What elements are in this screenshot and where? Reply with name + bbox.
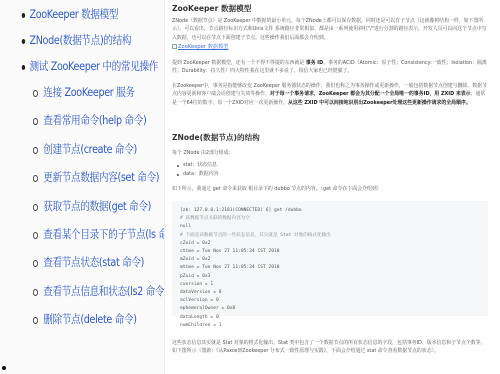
bold-text: 从这些 ZXID 中可以间接地识别出Zookeeper处理这些更新操作请求的全局… bbox=[288, 100, 471, 106]
list-item: data：数据内容 bbox=[172, 170, 472, 179]
bold-text: 事务 ID bbox=[306, 60, 323, 66]
toc-item-common-operations[interactable]: 测试 ZooKeeper 中的常见操作 bbox=[20, 52, 149, 78]
section-title-data-model: ZooKeeper 数据模型 bbox=[172, 3, 251, 14]
toc-link[interactable]: ZNode(数据节点)的结构 bbox=[29, 34, 131, 47]
toc-item-connect[interactable]: 连接 ZooKeeper 服务 bbox=[20, 78, 149, 106]
toc-item-ls[interactable]: 查看某个目录下的子节点(ls 命令) bbox=[20, 220, 149, 248]
code-line: mZxid = 0x2 bbox=[180, 256, 488, 264]
toc-item-set[interactable]: 更新节点数据内容(set 命令) bbox=[20, 163, 149, 191]
toc-link[interactable]: ZooKeeper 数据模型 bbox=[29, 8, 118, 21]
code-line: dataVersion = 0 bbox=[180, 289, 488, 297]
toc-item-help[interactable]: 查看常用命令(help 命令) bbox=[20, 106, 149, 134]
toc-link[interactable]: 查看常用命令(help 命令) bbox=[43, 114, 146, 127]
code-line: ephemeralOwner = 0x0 bbox=[180, 305, 488, 313]
paragraph-stat-explanation: 这些状态信息其实就是 Stat 对象的格式化输出。Stat 类中包含了一个数据节… bbox=[172, 339, 490, 356]
table-of-contents: ZooKeeper 数据模型 ZNode(数据节点)的结构 测试 ZooKeep… bbox=[0, 0, 165, 374]
toc-link[interactable]: 查看节点状态(stat 命令) bbox=[43, 256, 144, 269]
toc-list: ZooKeeper 数据模型 ZNode(数据节点)的结构 测试 ZooKeep… bbox=[20, 0, 165, 334]
code-line: null bbox=[180, 223, 488, 231]
toc-item-data-model[interactable]: ZooKeeper 数据模型 bbox=[20, 0, 149, 26]
page: ZooKeeper 数据模型 ZNode(数据节点)的结构 测试 ZooKeep… bbox=[0, 0, 500, 374]
code-line: cZxid = 0x2 bbox=[180, 240, 488, 248]
toc-item-delete[interactable]: 删除节点(delete 命令) bbox=[20, 305, 149, 333]
paragraph-get-example: 如下所示，我通过 get 命令来获取 根目录下的 dubbo 节点的内容。（ge… bbox=[172, 185, 490, 193]
section-title-znode-structure: ZNode(数据节点)的结构 bbox=[172, 132, 260, 143]
image-link-data-model[interactable]: ZooKeeper 数据模型 bbox=[172, 43, 228, 50]
code-comment: # 该数据节点关联的数据内容为空 bbox=[180, 215, 488, 223]
toc-item-get[interactable]: 获取节点的数据(get 命令) bbox=[20, 192, 149, 220]
znode-parts-list: stat：状态信息 data：数据内容 bbox=[172, 161, 472, 179]
toc-link[interactable]: 查看节点信息和状态(ls2 命令) bbox=[43, 285, 165, 298]
toc-link[interactable]: 更新节点数据内容(set 命令) bbox=[43, 171, 159, 184]
toc-item-create[interactable]: 创建节点(create 命令) bbox=[20, 135, 149, 163]
text: 提到 ZooKeeper 数据模型，还有一个不得不得提的东西就是 bbox=[172, 60, 306, 66]
toc-link[interactable]: 查看某个目录下的子节点(ls 命令) bbox=[43, 228, 165, 241]
code-line: [zk: 127.0.0.1:2181(CONNECTED) 6] get /d… bbox=[180, 207, 488, 215]
code-line: cversion = 1 bbox=[180, 281, 488, 289]
toc-link[interactable]: 连接 ZooKeeper 服务 bbox=[43, 86, 134, 99]
paragraph-zxid: 在Zookeeper中，事务是指能够改变 ZooKeeper 服务器状态的操作，… bbox=[172, 82, 490, 107]
code-line: numChildren = 1 bbox=[180, 322, 488, 330]
code-line: pZxid = 0x3 bbox=[180, 273, 488, 281]
article-content: ZooKeeper 数据模型 ZNode（数据节点）是 ZooKeeper 中数… bbox=[172, 0, 494, 374]
toc-item-znode-structure[interactable]: ZNode(数据节点)的结构 bbox=[20, 26, 149, 52]
code-line: aclVersion = 0 bbox=[180, 297, 488, 305]
paragraph-znode-intro: ZNode（数据节点）是 ZooKeeper 中数据的最小单元，每个ZNode上… bbox=[172, 17, 490, 42]
toc-link[interactable]: 测试 ZooKeeper 中的常见操作 bbox=[29, 60, 158, 73]
bullet-icon bbox=[2, 366, 6, 370]
list-item: stat：状态信息 bbox=[172, 161, 472, 170]
bold-text: 对于每一个事务请求，ZooKeeper 都会为其分配一个全局唯一的事务ID，用 … bbox=[270, 91, 471, 97]
broken-image-icon bbox=[172, 44, 177, 49]
paragraph-znode-parts: 每个 ZNode 由2部分组成: bbox=[172, 149, 490, 157]
code-comment: # 下面是该数据节点的一些状态信息，其实就是 Stat 对象的格式化输出 bbox=[180, 232, 488, 240]
image-alt-text: ZooKeeper 数据模型 bbox=[178, 44, 228, 50]
toc-link[interactable]: 获取节点的数据(get 命令) bbox=[43, 200, 151, 213]
paragraph-transaction-id: 提到 ZooKeeper 数据模型，还有一个不得不得提的东西就是 事务 ID。事… bbox=[172, 59, 490, 76]
toc-link[interactable]: 创建节点(create 命令) bbox=[43, 143, 137, 156]
toc-item-ls2[interactable]: 查看节点信息和状态(ls2 命令) bbox=[20, 277, 149, 305]
code-line: mtime = Tue Nov 27 11:05:34 CST 2018 bbox=[180, 264, 488, 272]
toc-link[interactable]: 删除节点(delete 命令) bbox=[43, 313, 136, 326]
toc-item-stat[interactable]: 查看节点状态(stat 命令) bbox=[20, 248, 149, 276]
code-line: ctime = Tue Nov 27 11:05:34 CST 2018 bbox=[180, 248, 488, 256]
code-block: [zk: 127.0.0.1:2181(CONNECTED) 6] get /d… bbox=[172, 201, 488, 316]
code-line: dataLength = 0 bbox=[180, 314, 488, 322]
